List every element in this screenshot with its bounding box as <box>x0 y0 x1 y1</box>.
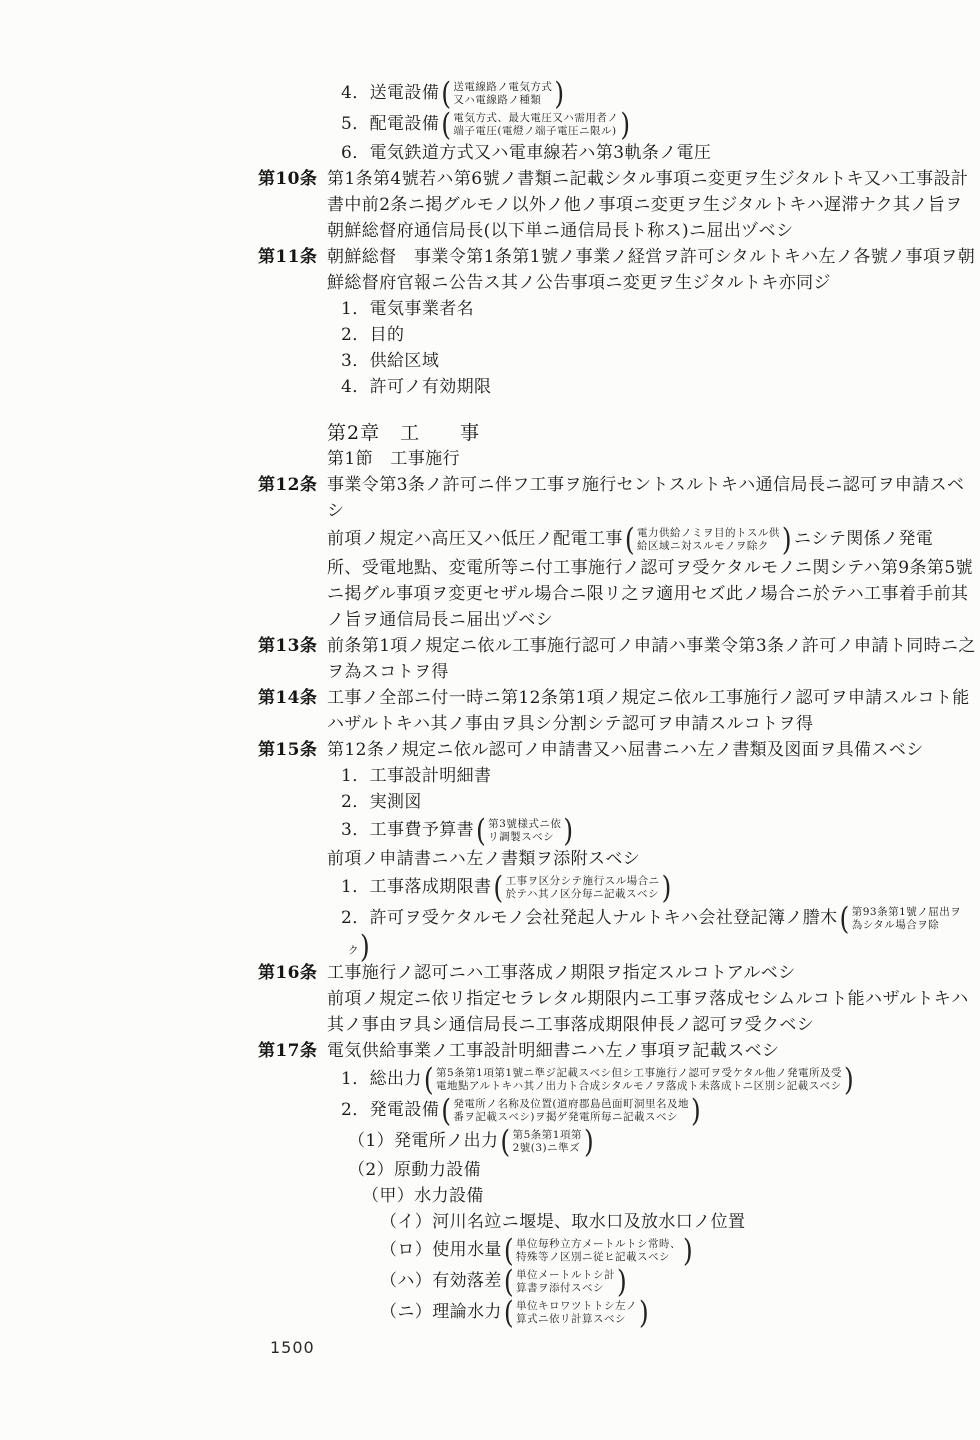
annotation-line: 又ハ電線路ノ種類 <box>453 94 552 107</box>
open-paren: ( <box>499 1126 511 1157</box>
line-text: 第2章 工 事 <box>327 422 480 444</box>
line-text: （1）発電所ノ出力 <box>348 1126 498 1157</box>
annotation-line: 単位毎秒立方メートルトシ常時、 <box>516 1238 681 1251</box>
line-text: （2）原動力設備 <box>348 1160 481 1180</box>
annotation-line: 算書ヲ添付スベシ <box>516 1282 615 1295</box>
item-2-company-registry-copy: 2．許可ヲ受ケタルモノ会社発起人ナルトキハ会社登記簿ノ謄木(第93条第1號ノ屈出… <box>0 903 980 934</box>
annotation-line: 発電所ノ名称及位置(道府郡島邑面町洞里名及地 <box>453 1098 689 1111</box>
line-text: 工事施行ノ認可ニハ工事落成ノ期限ヲ指定スルコトアルベシ <box>327 963 796 983</box>
annotation-line: 2號(3)ニ準ズ <box>513 1142 582 1155</box>
document-page: 4．送電設備(送電線路ノ電気方式又ハ電線路ノ種類)5．配電設備(電気方式、最大電… <box>0 0 980 1440</box>
annotation-line: 工事ヲ区分シテ施行スル場合ニ <box>506 875 660 888</box>
article-number: 第14条 <box>258 685 317 711</box>
article-12-line-3: 前項ノ規定ハ高圧又ハ低圧ノ配電工事(電力供給ノミヲ目的トスル供給区域ニ対スルモノ… <box>0 524 980 555</box>
annotation-line: 単位メートルトシ計 <box>516 1269 615 1282</box>
subitem-2-prime-mover-equipment: （2）原動力設備 <box>0 1157 980 1183</box>
annotation-lines: 第5条第1項第2號(3)ニ準ズ <box>512 1129 583 1154</box>
document-content: 4．送電設備(送電線路ノ電気方式又ハ電線路ノ種類)5．配電設備(電気方式、最大電… <box>0 78 980 1328</box>
annotation-lines: 第3號様式ニ依リ調製スベシ <box>487 818 562 843</box>
annotation-line: 単位キロワツトトシ左ノ <box>516 1300 637 1313</box>
article-number: 第11条 <box>258 244 317 270</box>
subitem-ha-effective-head: （ハ）有効落差(単位メートルトシ計算書ヲ添付スベシ) <box>0 1266 980 1297</box>
annotation-line: 番ヲ記載スベシ)ヲ掲ゲ発電所毎ニ記載スベシ <box>453 1111 689 1124</box>
line-text: ハザルトキハ其ノ事由ヲ具シ分割シテ認可ヲ申請スルコトヲ得 <box>327 714 813 734</box>
line-text: 2．許可ヲ受ケタルモノ会社発起人ナルトキハ会社登記簿ノ謄木 <box>341 903 838 934</box>
open-paren: ( <box>503 1235 515 1266</box>
annotation-lines: 単位毎秒立方メートルトシ常時、特殊等ノ区別ニ従ヒ記載スベシ <box>515 1238 682 1263</box>
article-14-line-1: 第14条工事ノ全部ニ付一時ニ第12条第1項ノ規定ニ依ル工事施行ノ認可ヲ申請スルコ… <box>0 685 980 711</box>
line-text: ニ掲グル事項ヲ変更セザル場合ニ限リ之ヲ適用セズ此ノ場合ニ於テハ工事着手前其 <box>327 584 968 604</box>
line-text: シ <box>327 501 344 521</box>
annotation-lines: 第93条第1號ノ屈出ヲ為シタル場合ヲ除 <box>851 906 963 931</box>
article-10-line-2: 書中前2条ニ掲グルモノ以外ノ他ノ事項ニ変更ヲ生ジタルトキハ遅滞ナク其ノ旨ヲ <box>0 192 980 218</box>
item-1-construction-design-statement: 1．工事設計明細書 <box>0 763 980 789</box>
line-text: 2．目的 <box>341 325 404 345</box>
inline-annotation: (発電所ノ名称及位置(道府郡島邑面町洞里名及地番ヲ記載スベシ)ヲ掲ゲ発電所毎ニ記… <box>440 1098 702 1123</box>
open-paren: ( <box>440 78 452 109</box>
open-paren: ( <box>492 872 504 903</box>
article-number: 第16条 <box>258 960 317 986</box>
line-text: 前条第1項ノ規定ニ依ル工事施行認可ノ申請ハ事業令第3条ノ許可ノ申請ト同時ニ之 <box>327 636 976 656</box>
article-12-line-6: ノ旨ヲ通信局長ニ届出ヅベシ <box>0 607 980 633</box>
line-text: 書中前2条ニ掲グルモノ以外ノ他ノ事項ニ変更ヲ生ジタルトキハ遅滞ナク其ノ旨ヲ <box>327 195 963 215</box>
open-paren: ( <box>440 109 452 140</box>
inline-annotation: (第5条第1項第2號(3)ニ準ズ) <box>499 1129 595 1154</box>
line-text: 1．工事落成期限書 <box>341 872 491 903</box>
line-text: 第12条ノ規定ニ依ル認可ノ申請書又ハ屈書ニハ左ノ書類及図面ヲ具備スベシ <box>327 740 924 760</box>
article-12-line-1: 第12条事業令第3条ノ許可ニ伴フ工事ヲ施行セントスルトキハ通信局長ニ認可ヲ申請ス… <box>0 472 980 498</box>
close-paren: ) <box>553 78 565 109</box>
annotation-lines: 送電線路ノ電気方式又ハ電線路ノ種類 <box>452 81 553 106</box>
line-text: 前項ノ申請書ニハ左ノ書類ヲ添附スベシ <box>327 849 640 869</box>
article-10-line-3: 朝鮮総督府通信局長(以下単ニ通信局長ト称ス)ニ屈出ヅベシ <box>0 218 980 244</box>
annotation-line: リ調製スベシ <box>488 831 561 844</box>
annotation-line: 算式ニ依リ計算スベシ <box>516 1313 637 1326</box>
line-text: 第1条第4號若ハ第6號ノ書類ニ記載シタル事項ニ変更ヲ生ジタルトキ又ハ工事設計 <box>327 169 968 189</box>
subitem-1-power-station-output: （1）発電所ノ出力(第5条第1項第2號(3)ニ準ズ) <box>0 1126 980 1157</box>
annotation-line: 電地點アルトキハ其ノ出力ト合成シタルモノヲ落成ト未落成トニ区別シ記載スベシ <box>436 1080 842 1093</box>
close-paren: ) <box>690 1095 702 1126</box>
close-paren: ) <box>682 1235 694 1266</box>
line-text: 4．送電設備 <box>341 78 439 109</box>
inline-annotation: (単位毎秒立方メートルトシ常時、特殊等ノ区別ニ従ヒ記載スベシ) <box>503 1238 694 1263</box>
close-paren: ) <box>661 872 673 903</box>
line-text: （ハ）有効落差 <box>380 1266 502 1297</box>
line-text: ヲ為スコトヲ得 <box>327 662 449 682</box>
annotation-line: 電気方式、最大電圧又ハ需用者ノ <box>453 112 618 125</box>
section-1-heading: 第1節 工事施行 <box>0 446 980 472</box>
line-text: （甲）水力設備 <box>362 1186 484 1206</box>
close-paren: ) <box>562 815 574 846</box>
item-2-survey-map: 2．実測図 <box>0 789 980 815</box>
line-text: 3．供給区域 <box>341 351 439 371</box>
article-10-line-1: 第10条第1条第4號若ハ第6號ノ書類ニ記載シタル事項ニ変更ヲ生ジタルトキ又ハ工事… <box>0 166 980 192</box>
line-text: （イ）河川名竝ニ堰堤、取水口及放水口ノ位置 <box>380 1212 745 1232</box>
open-paren: ( <box>839 903 851 934</box>
line-text: 前項ノ規定ハ高圧又ハ低圧ノ配電工事 <box>327 524 623 555</box>
line-text: 朝鮮総督 事業令第1条第1號ノ事業ノ経営ヲ許可シタルトキハ左ノ各號ノ事項ヲ朝 <box>327 247 975 267</box>
annotation-line: 第3號様式ニ依 <box>488 818 561 831</box>
article-number: 第13条 <box>258 633 317 659</box>
subitem-kou-hydraulic-equipment: （甲）水力設備 <box>0 1183 980 1209</box>
close-paren: ) <box>619 109 631 140</box>
article-16-line-3: 其ノ事由ヲ具シ通信局長ニ工事落成期限伸長ノ認可ヲ受クベシ <box>0 1012 980 1038</box>
inline-annotation: (単位キロワツトトシ左ノ算式ニ依リ計算スベシ) <box>503 1300 650 1325</box>
line-text: ノ旨ヲ通信局長ニ届出ヅベシ <box>327 610 553 630</box>
annotation-lines: 単位キロワツトトシ左ノ算式ニ依リ計算スベシ <box>515 1300 638 1325</box>
annotation-overflow-char: ク <box>348 945 359 957</box>
article-16-line-2: 前項ノ規定ニ依リ指定セラレタル期限内ニ工事ヲ落成セシムルコト能ハザルトキハ <box>0 986 980 1012</box>
article-11-line-1: 第11条朝鮮総督 事業令第1条第1號ノ事業ノ経営ヲ許可シタルトキハ左ノ各號ノ事項… <box>0 244 980 270</box>
open-paren: ( <box>423 1064 435 1095</box>
inline-annotation: (電気方式、最大電圧又ハ需用者ノ端子電圧(電燈ノ端子電圧ニ限ル)) <box>440 112 631 137</box>
item-2-continuation: ク) <box>0 934 980 960</box>
item-1-total-output: 1．総出力(第5条第1項第1號ニ準ジ記載スベシ但シ工事施行ノ認可ヲ受ケタル他ノ発… <box>0 1064 980 1095</box>
close-paren: ) <box>638 1297 650 1328</box>
close-paren: ) <box>583 1126 595 1157</box>
line-text: 所、受電地點、変電所等ニ付工事施行ノ認可ヲ受ケタルモノニ関シテハ第9条第5號 <box>327 558 973 578</box>
line-text: 2．実測図 <box>341 792 422 812</box>
article-16-line-1: 第16条工事施行ノ認可ニハ工事落成ノ期限ヲ指定スルコトアルベシ <box>0 960 980 986</box>
open-paren: ( <box>475 815 487 846</box>
line-text: 鮮総督府官報ニ公告ス其ノ公告事項ニ変更ヲ生ジタルトキ亦同ジ <box>327 273 831 293</box>
annotation-line: 第5条第1項第 <box>513 1129 582 1142</box>
open-paren: ( <box>503 1297 515 1328</box>
page-number: 1500 <box>270 1338 315 1357</box>
article-14-line-2: ハザルトキハ其ノ事由ヲ具シ分割シテ認可ヲ申請スルコトヲ得 <box>0 711 980 737</box>
article-15-line-1: 第15条第12条ノ規定ニ依ル認可ノ申請書又ハ屈書ニハ左ノ書類及図面ヲ具備スベシ <box>0 737 980 763</box>
open-paren: ( <box>503 1266 515 1297</box>
line-text: （ロ）使用水量 <box>380 1235 502 1266</box>
close-paren: ) <box>616 1266 628 1297</box>
annotation-lines: 電気方式、最大電圧又ハ需用者ノ端子電圧(電燈ノ端子電圧ニ限ル) <box>452 112 619 137</box>
line-text: 1．電気事業者名 <box>341 299 474 319</box>
article-13-line-2: ヲ為スコトヲ得 <box>0 659 980 685</box>
item-1-electric-operator-name: 1．電気事業者名 <box>0 296 980 322</box>
annotation-lines: 工事ヲ区分シテ施行スル場合ニ於テハ其ノ区分毎ニ記載スベシ <box>505 875 661 900</box>
inline-annotation: (電力供給ノミヲ目的トスル供給区域ニ対スルモノヲ除ク) <box>624 527 793 552</box>
line-text: 其ノ事由ヲ具シ通信局長ニ工事落成期限伸長ノ認可ヲ受クベシ <box>327 1015 814 1035</box>
item-4-permit-validity-period: 4．許可ノ有効期限 <box>0 374 980 400</box>
inline-annotation: (単位メートルトシ計算書ヲ添付スベシ) <box>503 1269 628 1294</box>
line-text: 電気供給事業ノ工事設計明細書ニハ左ノ事項ヲ記載スベシ <box>327 1041 779 1061</box>
article-number: 第10条 <box>258 166 317 192</box>
line-text-after: ニシテ関係ノ発電 <box>794 524 933 555</box>
annotation-lines: 第5条第1項第1號ニ準ジ記載スベシ但シ工事施行ノ認可ヲ受ケタル他ノ発電所及受電地… <box>435 1067 843 1092</box>
line-text: 1．工事設計明細書 <box>341 766 491 786</box>
spacer <box>0 400 980 420</box>
annotation-line: 特殊等ノ区別ニ従ヒ記載スベシ <box>516 1251 681 1264</box>
article-15-paragraph-2: 前項ノ申請書ニハ左ノ書類ヲ添附スベシ <box>0 846 980 872</box>
item-1-completion-deadline-document: 1．工事落成期限書(工事ヲ区分シテ施行スル場合ニ於テハ其ノ区分毎ニ記載スベシ) <box>0 872 980 903</box>
annotation-line: 於テハ其ノ区分毎ニ記載スベシ <box>506 888 660 901</box>
subitem-ro-water-usage: （ロ）使用水量(単位毎秒立方メートルトシ常時、特殊等ノ区別ニ従ヒ記載スベシ) <box>0 1235 980 1266</box>
annotation-line: 送電線路ノ電気方式 <box>453 81 552 94</box>
line-text: 6．電気鉄道方式又ハ電車線若ハ第3軌条ノ電圧 <box>341 143 711 163</box>
annotation-line: 為シタル場合ヲ除 <box>852 919 962 932</box>
line-text: 第1節 工事施行 <box>327 449 460 469</box>
item-4-transmission-equipment: 4．送電設備(送電線路ノ電気方式又ハ電線路ノ種類) <box>0 78 980 109</box>
article-number: 第15条 <box>258 737 317 763</box>
annotation-line: 電力供給ノミヲ目的トスル供 <box>637 527 780 540</box>
open-paren: ( <box>440 1095 452 1126</box>
annotation-line: 端子電圧(電燈ノ端子電圧ニ限ル) <box>453 125 618 138</box>
inline-annotation: (第3號様式ニ依リ調製スベシ) <box>475 818 575 843</box>
line-text: （ニ）理論水力 <box>380 1297 502 1328</box>
subitem-ni-theoretical-water-power: （ニ）理論水力(単位キロワツトトシ左ノ算式ニ依リ計算スベシ) <box>0 1297 980 1328</box>
item-3-construction-cost-estimate: 3．工事費予算書(第3號様式ニ依リ調製スベシ) <box>0 815 980 846</box>
line-text: 5．配電設備 <box>341 109 439 140</box>
item-6-electric-railway-voltage: 6．電気鉄道方式又ハ電車線若ハ第3軌条ノ電圧 <box>0 140 980 166</box>
close-paren: ) <box>843 1064 855 1095</box>
annotation-lines: 電力供給ノミヲ目的トスル供給区域ニ対スルモノヲ除ク <box>636 527 781 552</box>
line-text: 2．発電設備 <box>341 1095 439 1126</box>
close-paren: ) <box>781 524 793 555</box>
annotation-line: 第5条第1項第1號ニ準ジ記載スベシ但シ工事施行ノ認可ヲ受ケタル他ノ発電所及受 <box>436 1067 842 1080</box>
item-2-purpose: 2．目的 <box>0 322 980 348</box>
article-number: 第17条 <box>258 1038 317 1064</box>
line-text: 工事ノ全部ニ付一時ニ第12条第1項ノ規定ニ依ル工事施行ノ認可ヲ申請スルコト能 <box>327 688 970 708</box>
chapter-2-heading: 第2章 工 事 <box>0 420 980 446</box>
article-12-line-4: 所、受電地點、変電所等ニ付工事施行ノ認可ヲ受ケタルモノニ関シテハ第9条第5號 <box>0 555 980 581</box>
line-text: 4．許可ノ有効期限 <box>341 377 491 397</box>
inline-annotation: (第93条第1號ノ屈出ヲ為シタル場合ヲ除 <box>839 906 963 931</box>
inline-annotation: (第5条第1項第1號ニ準ジ記載スベシ但シ工事施行ノ認可ヲ受ケタル他ノ発電所及受電… <box>423 1067 855 1092</box>
annotation-lines: 単位メートルトシ計算書ヲ添付スベシ <box>515 1269 616 1294</box>
line-text: 1．総出力 <box>341 1064 422 1095</box>
line-text: 朝鮮総督府通信局長(以下単ニ通信局長ト称ス)ニ屈出ヅベシ <box>327 221 793 241</box>
article-17-line-1: 第17条電気供給事業ノ工事設計明細書ニハ左ノ事項ヲ記載スベシ <box>0 1038 980 1064</box>
item-2-generation-equipment: 2．発電設備(発電所ノ名称及位置(道府郡島邑面町洞里名及地番ヲ記載スベシ)ヲ掲ゲ… <box>0 1095 980 1126</box>
annotation-lines: 発電所ノ名称及位置(道府郡島邑面町洞里名及地番ヲ記載スベシ)ヲ掲ゲ発電所毎ニ記載… <box>452 1098 690 1123</box>
annotation-line: 第93条第1號ノ屈出ヲ <box>852 906 962 919</box>
article-12-line-5: ニ掲グル事項ヲ変更セザル場合ニ限リ之ヲ適用セズ此ノ場合ニ於テハ工事着手前其 <box>0 581 980 607</box>
line-text: 事業令第3条ノ許可ニ伴フ工事ヲ施行セントスルトキハ通信局長ニ認可ヲ申請スベ <box>327 475 964 495</box>
close-paren: ) <box>359 931 371 962</box>
article-number: 第12条 <box>258 472 317 498</box>
item-5-distribution-equipment: 5．配電設備(電気方式、最大電圧又ハ需用者ノ端子電圧(電燈ノ端子電圧ニ限ル)) <box>0 109 980 140</box>
subitem-i-river-name-and-positions: （イ）河川名竝ニ堰堤、取水口及放水口ノ位置 <box>0 1209 980 1235</box>
item-3-supply-area: 3．供給区域 <box>0 348 980 374</box>
line-text: 前項ノ規定ニ依リ指定セラレタル期限内ニ工事ヲ落成セシムルコト能ハザルトキハ <box>327 989 969 1009</box>
open-paren: ( <box>624 524 636 555</box>
inline-annotation: (工事ヲ区分シテ施行スル場合ニ於テハ其ノ区分毎ニ記載スベシ) <box>492 875 672 900</box>
article-13-line-1: 第13条前条第1項ノ規定ニ依ル工事施行認可ノ申請ハ事業令第3条ノ許可ノ申請ト同時… <box>0 633 980 659</box>
annotation-line: 給区域ニ対スルモノヲ除ク <box>637 540 780 553</box>
line-text: 3．工事費予算書 <box>341 815 474 846</box>
inline-annotation: (送電線路ノ電気方式又ハ電線路ノ種類) <box>440 81 565 106</box>
article-11-line-2: 鮮総督府官報ニ公告ス其ノ公告事項ニ変更ヲ生ジタルトキ亦同ジ <box>0 270 980 296</box>
article-12-line-2: シ <box>0 498 980 524</box>
